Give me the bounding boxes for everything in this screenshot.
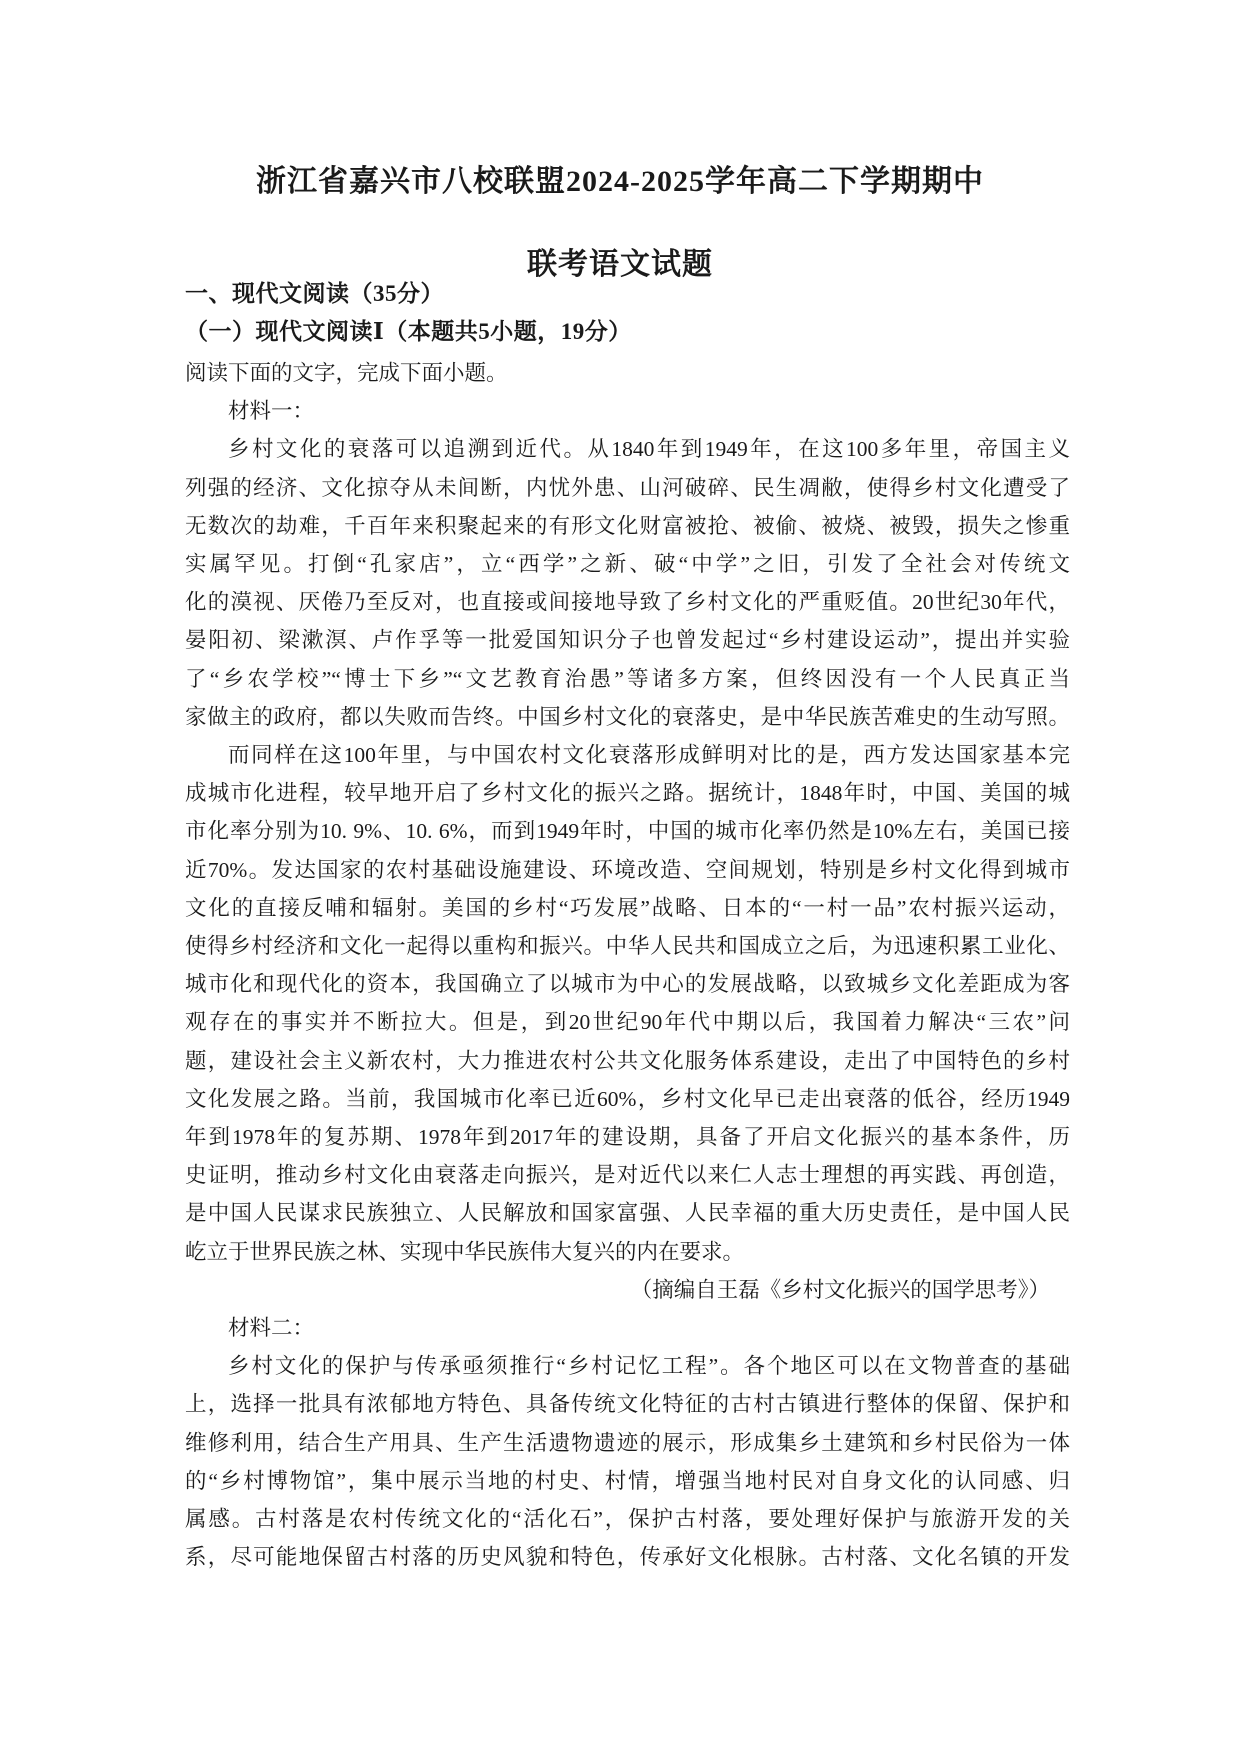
- passage-line: 属感。古村落是农村传统文化的“活化石”，保护古村落，要处理好保护与旅游开发的关: [185, 1500, 1070, 1538]
- passage-line: 史证明，推动乡村文化由衰落走向振兴，是对近代以来仁人志士理想的再实践、再创造，: [185, 1156, 1070, 1194]
- reading-passage: 阅读下面的文字，完成下面小题。材料一：乡村文化的衰落可以追溯到近代。从1840年…: [185, 354, 1070, 1577]
- passage-line: 乡村文化的保护与传承亟须推行“乡村记忆工程”。各个地区可以在文物普查的基础: [185, 1347, 1070, 1385]
- exam-paper-page: 浙江省嘉兴市八校联盟2024-2025学年高二下学期期中 联考语文试题 一、现代…: [0, 0, 1240, 1754]
- passage-line: 使得乡村经济和文化一起得以重构和振兴。中华人民共和国成立之后，为迅速积累工业化、: [185, 927, 1070, 965]
- passage-line: 近70%。发达国家的农村基础设施建设、环境改造、空间规划，特别是乡村文化得到城市: [185, 851, 1070, 889]
- passage-line: 维修利用，结合生产用具、生产生活遗物遗迹的展示，形成集乡土建筑和乡村民俗为一体: [185, 1424, 1070, 1462]
- passage-line: 晏阳初、梁漱溟、卢作孚等一批爱国知识分子也曾发起过“乡村建设运动”，提出并实验: [185, 621, 1070, 659]
- passage-line: 系，尽可能地保留古村落的历史风貌和特色，传承好文化根脉。古村落、文化名镇的开发: [185, 1538, 1070, 1576]
- passage-line: 列强的经济、文化掠夺从未间断，内忧外患、山河破碎、民生凋敝，使得乡村文化遭受了: [185, 469, 1070, 507]
- passage-line: 而同样在这100年里，与中国农村文化衰落形成鲜明对比的是，西方发达国家基本完: [185, 736, 1070, 774]
- passage-line: 家做主的政府，都以失败而告终。中国乡村文化的衰落史，是中华民族苦难史的生动写照。: [185, 698, 1070, 736]
- passage-line: 了“乡农学校”“博士下乡”“文艺教育治愚”等诸多方案，但终因没有一个人民真正当: [185, 660, 1070, 698]
- passage-line: 题，建设社会主义新农村，大力推进农村公共文化服务体系建设，走出了中国特色的乡村: [185, 1042, 1070, 1080]
- source-attribution: （摘编自王磊《乡村文化振兴的国学思考》）: [185, 1271, 1070, 1309]
- passage-line: 文化的直接反哺和辐射。美国的乡村“巧发展”战略、日本的“一村一品”农村振兴运动，: [185, 889, 1070, 927]
- passage-line: 乡村文化的衰落可以追溯到近代。从1840年到1949年，在这100多年里，帝国主…: [185, 430, 1070, 468]
- passage-line: 实属罕见。打倒“孔家店”，立“西学”之新、破“中学”之旧，引发了全社会对传统文: [185, 545, 1070, 583]
- material-label: 材料一：: [185, 392, 1070, 430]
- material-label: 材料二：: [185, 1309, 1070, 1347]
- passage-line: 观存在的事实并不断拉大。但是，到20世纪90年代中期以后，我国着力解决“三农”问: [185, 1003, 1070, 1041]
- passage-line: 上，选择一批具有浓郁地方特色、具备传统文化特征的古村古镇进行整体的保留、保护和: [185, 1385, 1070, 1423]
- passage-line: 屹立于世界民族之林、实现中华民族伟大复兴的内在要求。: [185, 1233, 1070, 1271]
- passage-line: 阅读下面的文字，完成下面小题。: [185, 354, 1070, 392]
- passage-line: 的“乡村博物馆”，集中展示当地的村史、村情，增强当地村民对自身文化的认同感、归: [185, 1462, 1070, 1500]
- passage-line: 文化发展之路。当前，我国城市化率已近60%，乡村文化早已走出衰落的低谷，经历19…: [185, 1080, 1070, 1118]
- passage-line: 年到1978年的复苏期、1978年到2017年的建设期，具备了开启文化振兴的基本…: [185, 1118, 1070, 1156]
- passage-line: 化的漠视、厌倦乃至反对，也直接或间接地导致了乡村文化的严重贬值。20世纪30年代…: [185, 583, 1070, 621]
- passage-line: 成城市化进程，较早地开启了乡村文化的振兴之路。据统计，1848年时，中国、美国的…: [185, 774, 1070, 812]
- title-line-1: 浙江省嘉兴市八校联盟2024-2025学年高二下学期期中: [0, 140, 1240, 223]
- subsection-heading: （一）现代文阅读Ⅰ（本题共5小题，19分）: [185, 314, 1070, 350]
- passage-line: 城市化和现代化的资本，我国确立了以城市为中心的发展战略，以致城乡文化差距成为客: [185, 965, 1070, 1003]
- section-heading: 一、现代文阅读（35分）: [185, 276, 1070, 312]
- passage-line: 是中国人民谋求民族独立、人民解放和国家富强、人民幸福的重大历史责任，是中国人民: [185, 1194, 1070, 1232]
- passage-line: 无数次的劫难，千百年来积聚起来的有形文化财富被抢、被偷、被烧、被毁，损失之惨重: [185, 507, 1070, 545]
- passage-line: 市化率分别为10. 9%、10. 6%，而到1949年时，中国的城市化率仍然是1…: [185, 812, 1070, 850]
